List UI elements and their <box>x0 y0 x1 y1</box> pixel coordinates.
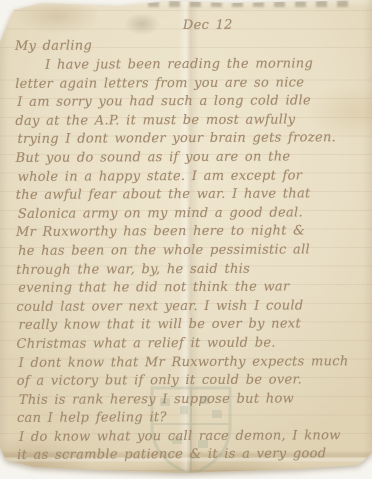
letter-line: Christmas what a relief it would be. <box>16 335 360 355</box>
letter-paper: Dec 12 My darling I have just been readi… <box>0 0 372 479</box>
letter-line: I do know what you call race demon, I kn… <box>19 428 361 448</box>
letter-date: Dec 12 <box>183 17 359 38</box>
letter-line: he has been on the whole pessimistic all <box>18 242 360 262</box>
letter-line: of a victory but if only it could be ove… <box>17 372 361 392</box>
letter-line: trying I dont wonder your brain gets fro… <box>17 130 359 150</box>
letter-line: letter again letters from you are so nic… <box>15 75 359 95</box>
letter-salutation: My darling <box>15 37 359 58</box>
letter-line: This is rank heresy I suppose but how <box>19 391 361 411</box>
letter-line: But you do sound as if you are on the <box>16 149 360 169</box>
letter-line: I am sorry you had such a long cold idle <box>17 93 359 113</box>
letter-line: can I help feeling it? <box>17 409 361 429</box>
letter-line: the awful fear about the war. I have tha… <box>16 186 360 206</box>
letter-line: whole in a happy state. I am except for <box>18 168 360 188</box>
letter-line: really know that it will be over by next <box>18 316 360 336</box>
ink-bleed-through <box>148 0 354 7</box>
letter-line: I have just been reading the morning <box>17 56 359 76</box>
letter-line: Mr Ruxworthy has been here to night & <box>16 223 360 243</box>
letter-line: evening that he did not think the war <box>18 279 360 299</box>
letter-photo: Dec 12 My darling I have just been readi… <box>0 0 372 479</box>
letter-line: through the war, by, he said this <box>16 261 360 281</box>
letter-text: Dec 12 My darling I have just been readi… <box>15 17 361 467</box>
paper-shadow: Dec 12 My darling I have just been readi… <box>0 0 372 479</box>
letter-line: could last over next year. I wish I coul… <box>16 298 360 318</box>
letter-line: Salonica army on my mind a good deal. <box>18 205 360 225</box>
letter-line: day at the A.P. it must be most awfully <box>15 112 359 132</box>
letter-line: it as scramble patience & it is a very g… <box>17 447 361 467</box>
letter-line: I dont know that Mr Ruxworthy expects mu… <box>19 354 361 374</box>
